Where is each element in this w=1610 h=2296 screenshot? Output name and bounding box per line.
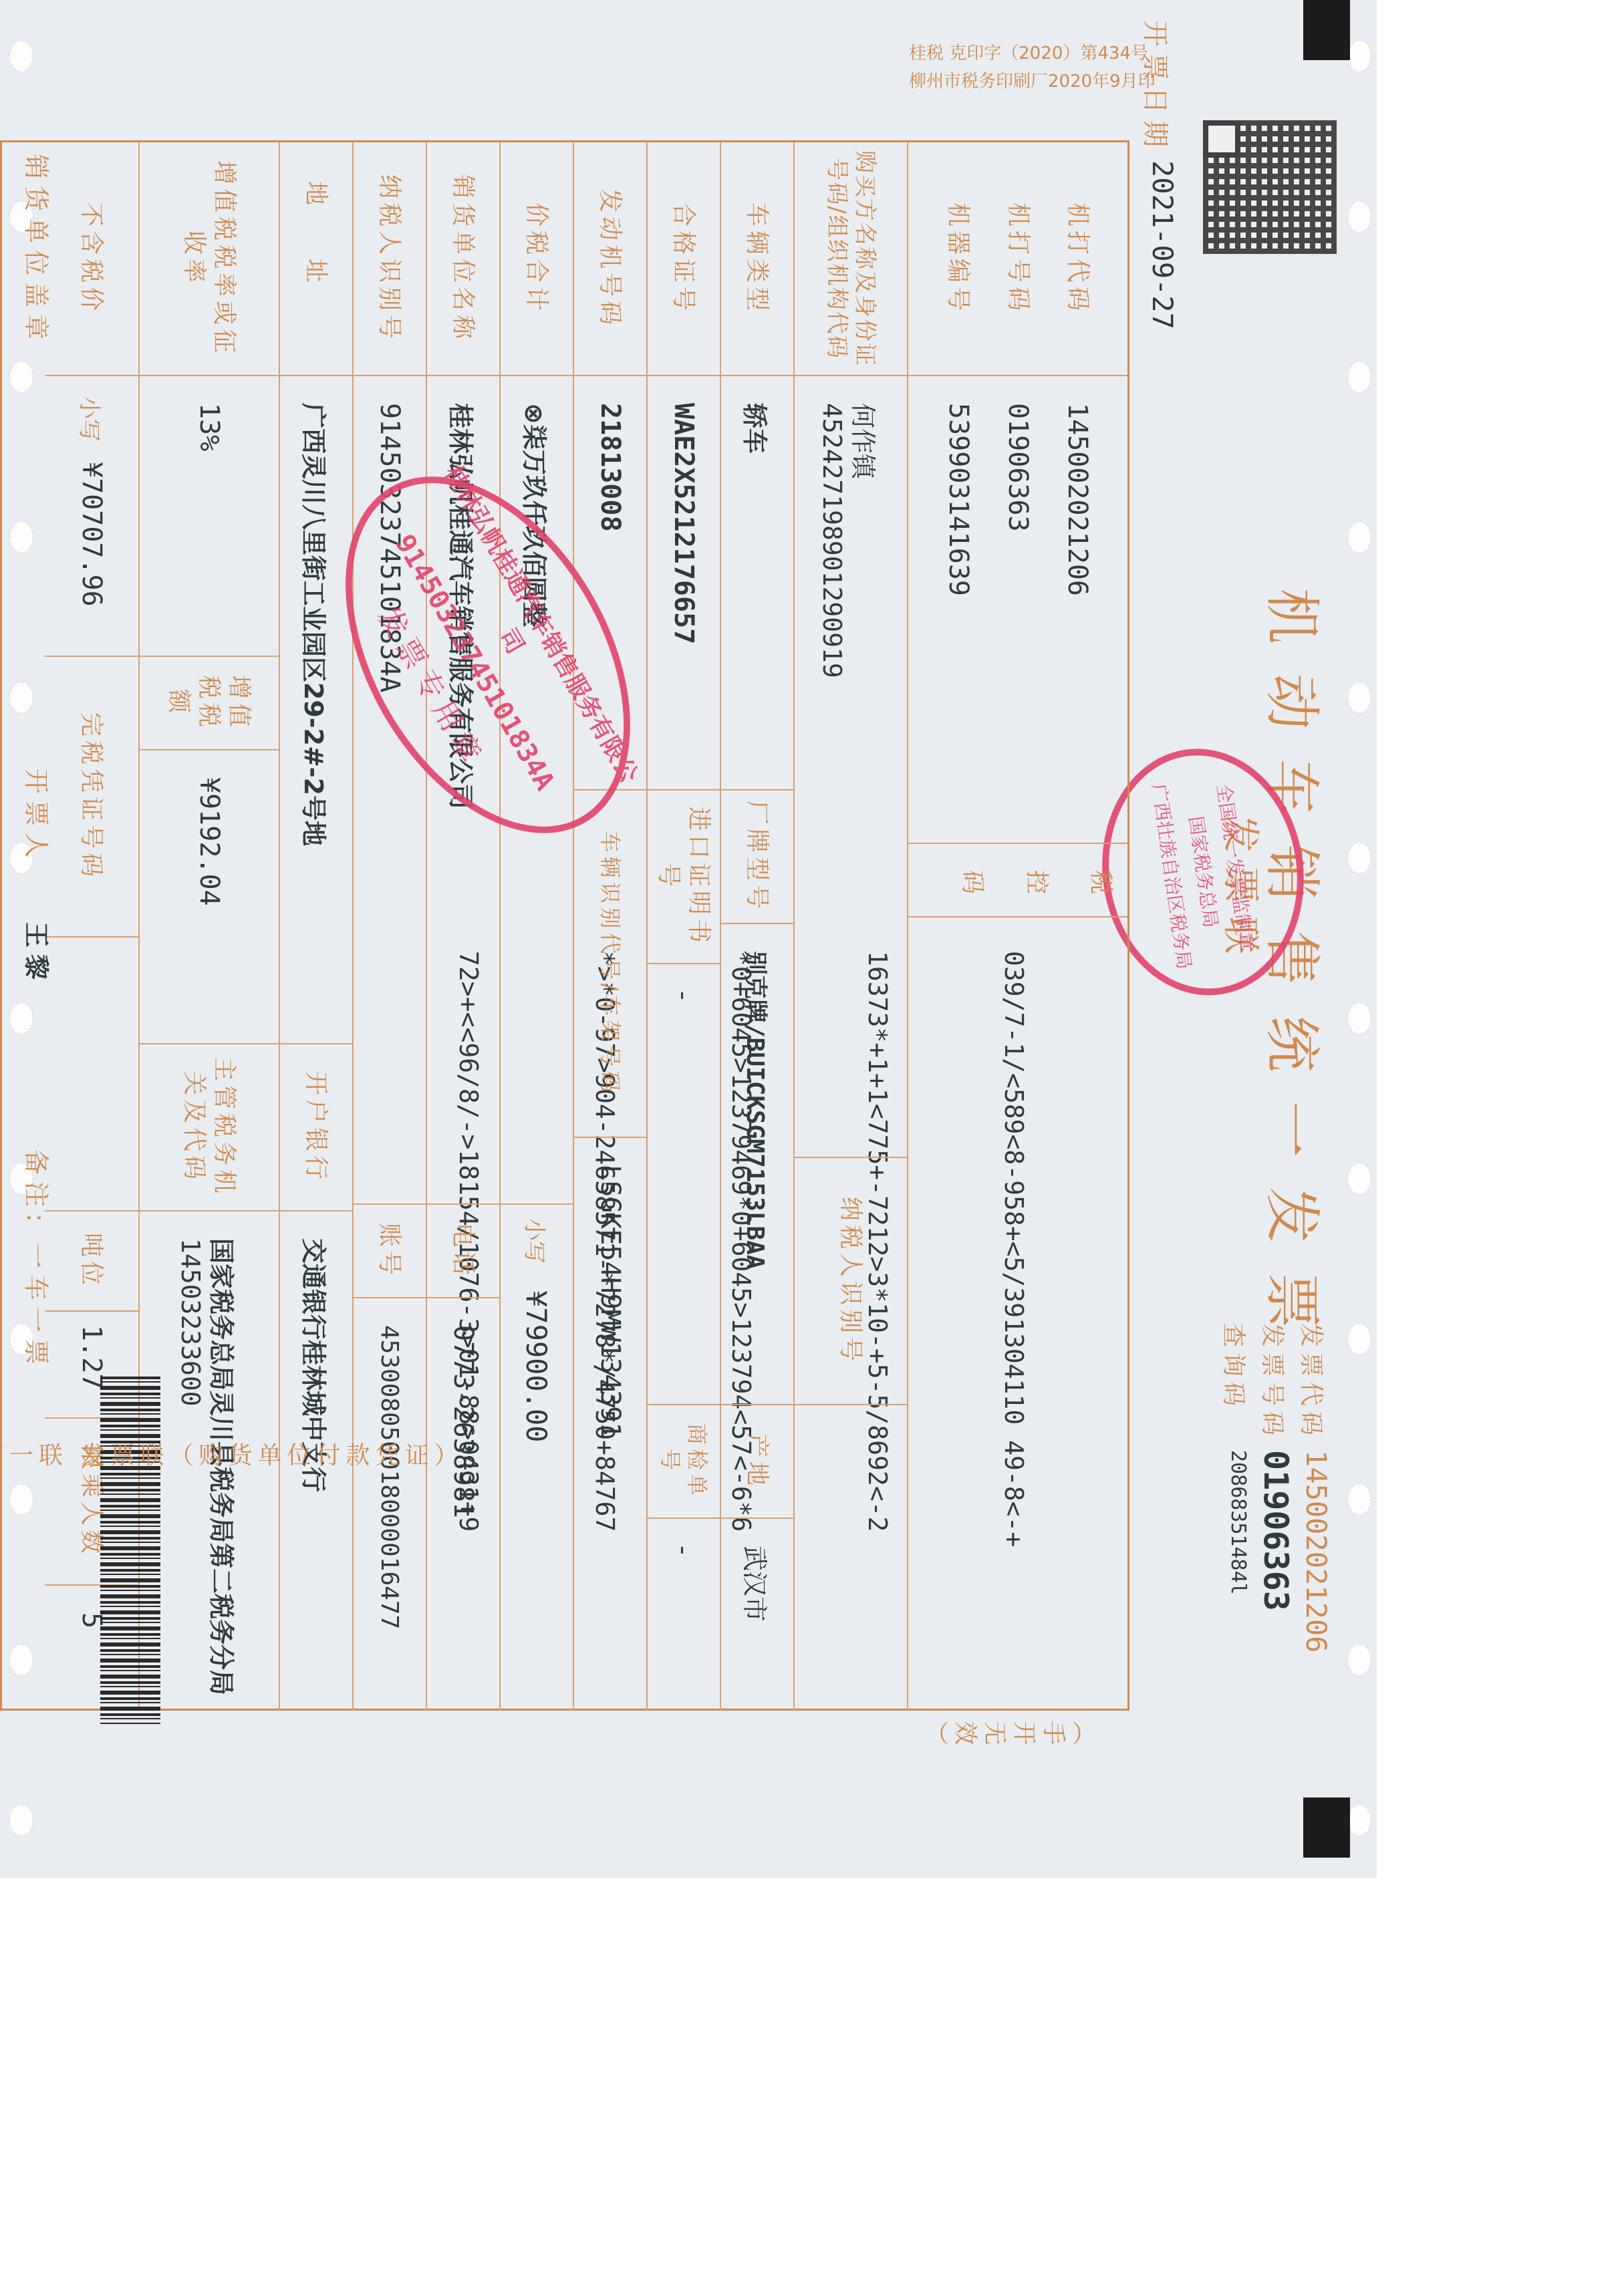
total-small-cell: 小写 ¥79900.00	[499, 1205, 573, 1711]
total-small: ¥79900.00	[521, 1290, 553, 1443]
buyer-id: 452427198901290919	[818, 403, 847, 678]
engine-label: 发动机号码	[573, 142, 646, 376]
pretax-cell: 小写 ¥70707.96	[45, 376, 138, 657]
phone: 0773-2638981	[426, 1298, 499, 1711]
bank-label: 开户银行	[279, 1044, 352, 1211]
tax-cert-label: 完税凭证号码	[45, 657, 138, 938]
invoice-code: 145002021206	[1300, 1450, 1333, 1653]
buyer-values: 何作镇 452427198901290919	[793, 376, 907, 1158]
cipher-line: 039/7-1/<589<8-958+<5/391304110 49-8<-+	[991, 951, 1037, 1547]
vehicle-type: 轿车	[720, 376, 793, 791]
buyer-name: 何作镇	[847, 403, 884, 479]
total-label: 价税合计	[499, 142, 573, 376]
machine-serial: 539903141639	[943, 403, 974, 596]
invoice-number-label: 发票号码	[1257, 1323, 1291, 1441]
cipher-label: 税控码	[907, 844, 1127, 917]
invoice-form: 机打代码 机打号码 机器编号 145002021206 01906363 539…	[0, 140, 1129, 1711]
issue-date: 2021-09-27	[1146, 160, 1179, 329]
machine-code: 145002021206	[1062, 403, 1093, 596]
handwritten-invalid-note: （手开无效）	[920, 1714, 1096, 1748]
certificate: WAE2X5212176657	[646, 376, 720, 791]
printer-info: 桂税 克印字（2020）第434号 柳州市税务印刷厂2020年9月印	[909, 40, 1156, 96]
origin-label: 产地	[720, 1405, 793, 1519]
remark: 一车一票	[20, 1243, 57, 1371]
vat-amount: ¥9192.04	[138, 750, 279, 1044]
brand-model: 别克牌/BUICKSGM7153LBAA	[720, 924, 793, 1405]
import-cert: -	[646, 964, 720, 1405]
seller-tax-id-label: 纳税人识别号	[352, 142, 426, 376]
address-label: 地址	[279, 142, 352, 376]
invoice-number: 01906363	[1256, 1450, 1295, 1611]
invoice-title: 机动车销售统一发票	[1256, 588, 1337, 1358]
vat-rate: 13%	[138, 376, 279, 657]
vin: LSGKE54H9MW134391	[573, 1138, 646, 1711]
seller-label: 销货单位名称	[426, 142, 499, 376]
remark-label: 备注:	[20, 1149, 57, 1229]
vat-rate-label: 增值税税率或征收率	[138, 142, 279, 376]
machine-number: 01906363	[1002, 403, 1033, 532]
machine-labels: 机打代码 机打号码 机器编号	[907, 142, 1127, 376]
registration-mark-left	[1303, 0, 1350, 60]
brand-model-label: 厂牌型号	[720, 791, 793, 924]
cipher-area: 039/7-1/<589<8-958+<5/391304110 49-8<-+ …	[907, 917, 1127, 1711]
inspection-label: 商检单号	[646, 1405, 720, 1519]
buyer-label: 购买方名称及身份证号码/组织机构代码	[793, 142, 907, 376]
invoice-code-label: 发票代码	[1296, 1323, 1330, 1441]
address: 广西灵川八里街工业园区29-2#-2号地	[279, 376, 352, 1044]
barcode	[100, 1377, 160, 1724]
buyer-tax-id-label: 纳税人识别号	[793, 1158, 907, 1405]
pretax-small-label: 小写	[76, 396, 108, 442]
seal-label: 销货单位盖章	[20, 154, 57, 346]
import-cert-label: 进口证明书号	[646, 791, 720, 964]
tonnage-label: 吨位	[45, 1211, 138, 1312]
tax-authority-label: 主管税务机关及代码	[138, 1044, 279, 1211]
registration-mark-right	[1303, 1798, 1350, 1858]
tax-authority-code: 14503233600	[176, 1238, 206, 1407]
issuer: 王黎	[20, 922, 57, 986]
query-code-label: 查询码	[1218, 1323, 1252, 1411]
vin-label: 车辆识别代号/车架号码	[573, 791, 646, 1138]
qr-code	[1203, 120, 1337, 254]
pretax-label: 不含税价	[45, 142, 138, 376]
tax-cert	[45, 938, 138, 1211]
invoice-rotated-canvas: 机动车销售统一发票 发票联 全国统一发票监制章 国家税务总局 广西壮族自治区税务…	[0, 0, 1377, 1878]
vehicle-type-label: 车辆类型	[720, 142, 793, 376]
phone-label: 电话	[426, 1205, 499, 1298]
pretax: ¥70707.96	[76, 462, 107, 607]
account-label: 账号	[352, 1205, 426, 1298]
query-code: 20868351484l	[1226, 1450, 1250, 1595]
origin: 武汉市	[720, 1519, 793, 1711]
inspection: -	[646, 1519, 720, 1711]
buyer-tax-id	[793, 1405, 907, 1711]
vat-amount-label: 增值税税额	[138, 657, 279, 750]
account: 453008050018000016477	[352, 1298, 426, 1711]
certificate-label: 合格证号	[646, 142, 720, 376]
machine-values: 145002021206 01906363 539903141639	[907, 376, 1127, 844]
total-small-label: 小写	[521, 1218, 553, 1264]
issuer-label: 开票人	[20, 768, 57, 865]
copy-side-note: 第一联 发票联（购货单位付款凭证）	[0, 1437, 463, 1471]
